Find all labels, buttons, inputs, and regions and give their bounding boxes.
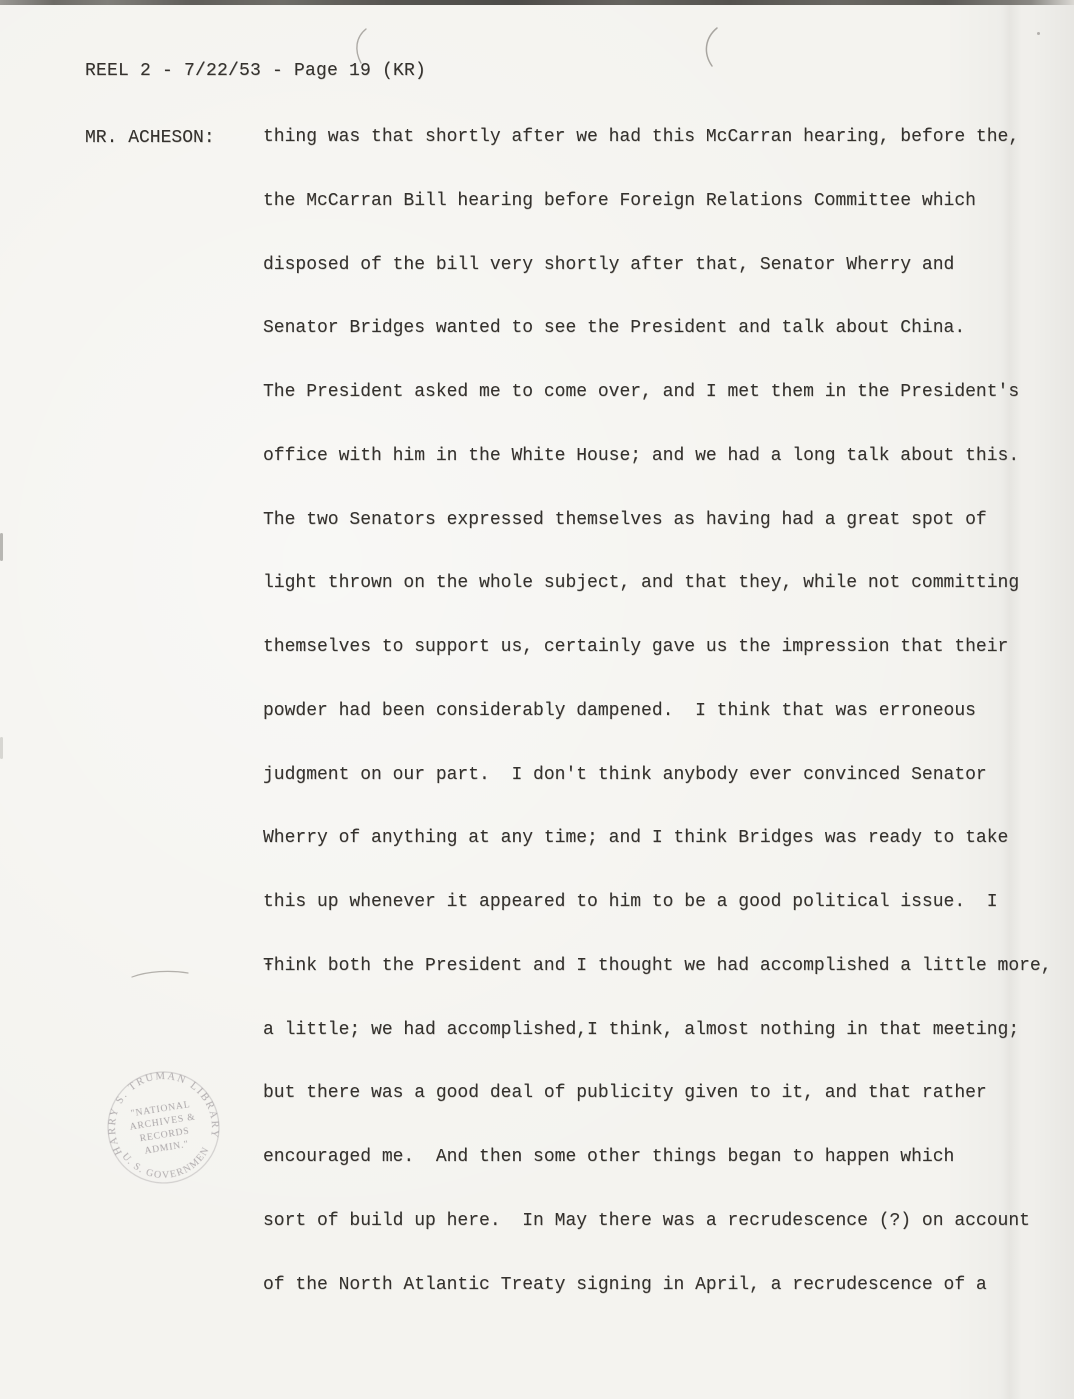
transcript-line: this up whenever it appeared to him to b… <box>263 892 1053 956</box>
transcript-line: the McCarran Bill hearing before Foreign… <box>263 191 1053 255</box>
transcript-line: Ŧhink both the President and I thought w… <box>263 956 1053 1020</box>
pencil-dash-mark <box>130 966 192 980</box>
transcript-line: encouraged me. And then some other thing… <box>263 1147 1053 1211</box>
transcript-line: disposed of the bill very shortly after … <box>263 255 1053 319</box>
transcript-line: light thrown on the whole subject, and t… <box>263 573 1053 637</box>
pencil-paren-mark <box>700 26 722 68</box>
transcript-line: but there was a good deal of publicity g… <box>263 1083 1053 1147</box>
truman-library-stamp-icon: HARRY S. TRUMAN LIBRARY U. S. GOVERNMENT… <box>94 1058 232 1196</box>
transcript-line: of the North Atlantic Treaty signing in … <box>263 1275 1053 1339</box>
page-header: REEL 2 - 7/22/53 - Page 19 (KR) <box>85 62 426 82</box>
transcript-line: The President asked me to come over, and… <box>263 382 1053 446</box>
transcript-line: a little; we had accomplished,I think, a… <box>263 1020 1053 1084</box>
paper-speck <box>1037 32 1040 35</box>
pencil-paren-mark <box>351 27 371 65</box>
transcript-line: powder had been considerably dampened. I… <box>263 701 1053 765</box>
scan-edge-mark <box>0 737 3 759</box>
scan-edge-artifact <box>0 0 1074 5</box>
transcript-line: The two Senators expressed themselves as… <box>263 510 1053 574</box>
transcript-line: sort of build up here. In May there was … <box>263 1211 1053 1275</box>
transcript-line: Wherry of anything at any time; and I th… <box>263 828 1053 892</box>
transcript-body: thing was that shortly after we had this… <box>263 127 1053 1339</box>
transcript-line: Senator Bridges wanted to see the Presid… <box>263 318 1053 382</box>
document-page: REEL 2 - 7/22/53 - Page 19 (KR) MR. ACHE… <box>0 0 1074 1399</box>
speaker-label: MR. ACHESON: <box>85 129 215 149</box>
transcript-line: thing was that shortly after we had this… <box>263 127 1053 191</box>
transcript-line: themselves to support us, certainly gave… <box>263 637 1053 701</box>
transcript-line: judgment on our part. I don't think anyb… <box>263 765 1053 829</box>
transcript-line: office with him in the White House; and … <box>263 446 1053 510</box>
scan-edge-mark <box>0 533 3 561</box>
